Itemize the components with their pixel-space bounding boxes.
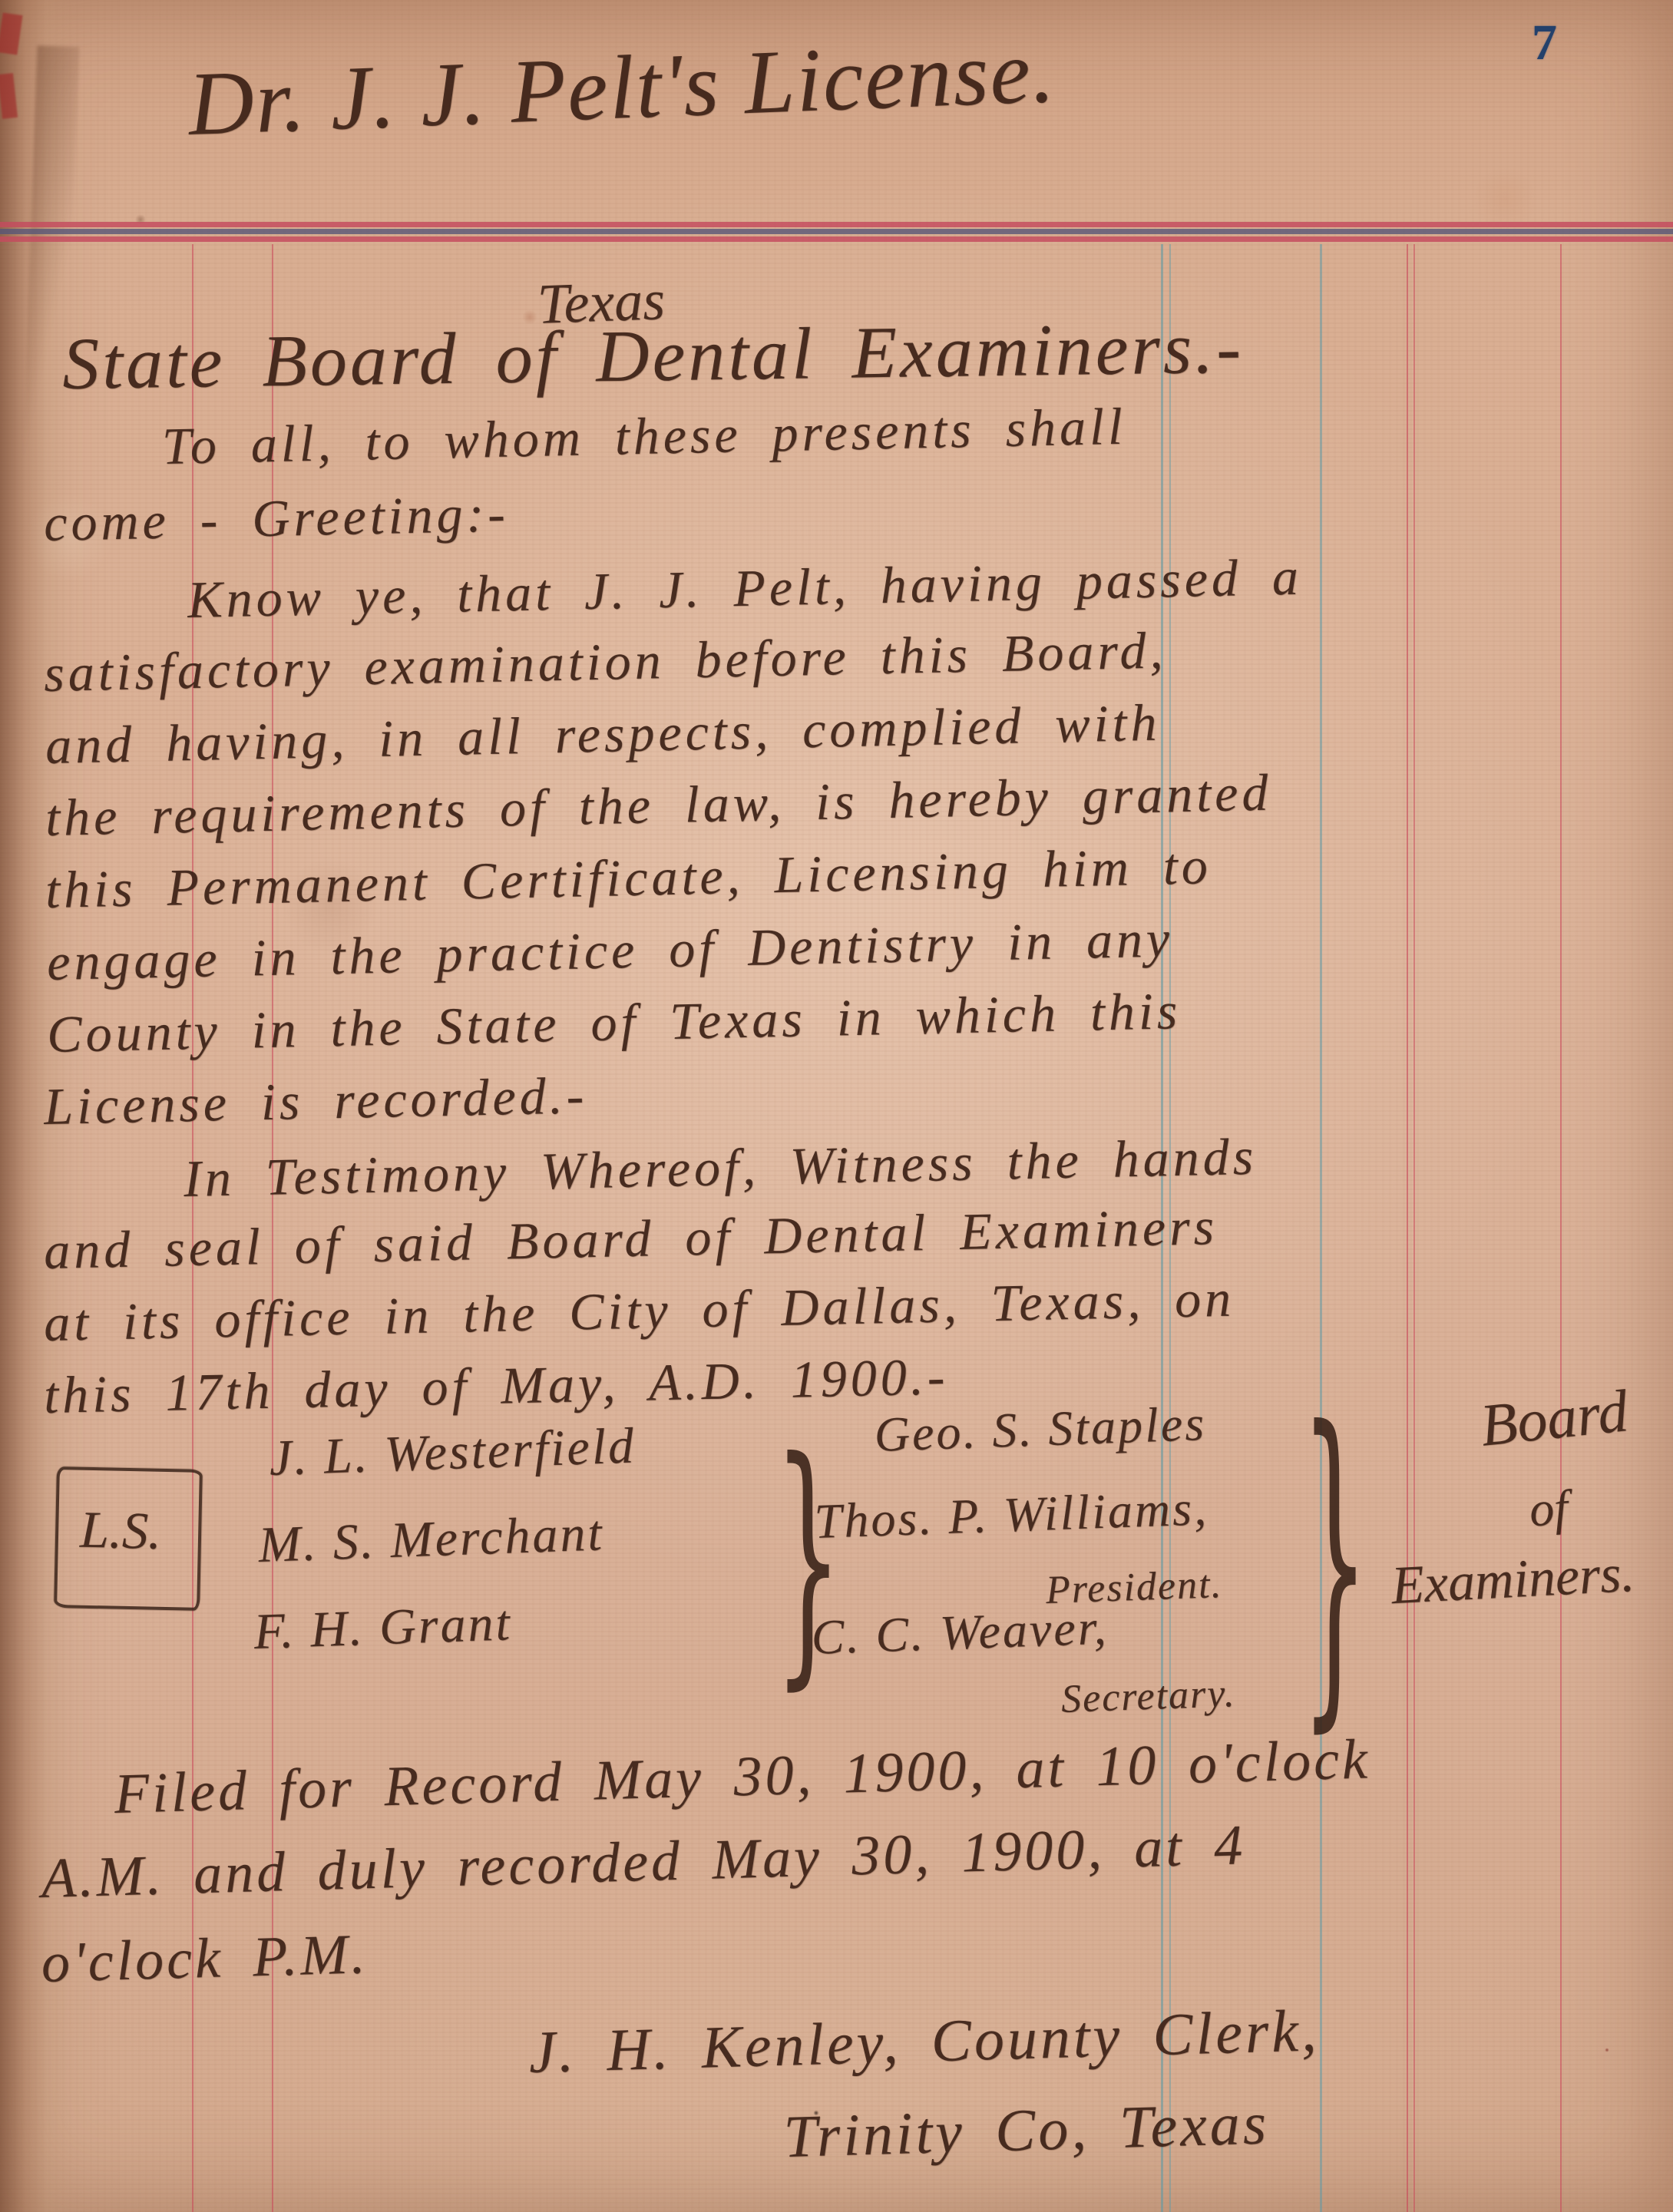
signature-name: F. H. Grant xyxy=(253,1594,513,1661)
ruled-line-red-right-1a xyxy=(1407,244,1408,2212)
seal-box: L.S. xyxy=(54,1466,203,1611)
certificate-line: In Testimony Whereof, Witness the hands xyxy=(183,1126,1257,1209)
certificate-line: come - Greeting:- xyxy=(43,483,509,554)
certificate-line: and having, in all respects, complied wi… xyxy=(45,693,1161,776)
clerk-county: Trinity Co, Texas xyxy=(782,2088,1270,2171)
filing-line: o'clock P.M. xyxy=(41,1922,369,1996)
document-title: Dr. J. J. Pelt's License. xyxy=(187,19,1058,157)
certificate-line: Know ye, that J. J. Pelt, having passed … xyxy=(187,547,1302,630)
signature-name: Geo. S. Staples xyxy=(873,1395,1207,1463)
header-rule-blue-center xyxy=(0,229,1673,234)
filing-line: Filed for Record May 30, 1900, at 10 o'c… xyxy=(114,1727,1371,1827)
ruled-line-red-right-2 xyxy=(1560,244,1562,2212)
issuer-heading: State Board of Dental Examiners.- xyxy=(61,305,1244,406)
certificate-line: at its office in the City of Dallas, Tex… xyxy=(43,1268,1235,1354)
org-label-line: Board xyxy=(1477,1376,1631,1460)
certificate-line: To all, to whom these presents shall xyxy=(161,396,1126,477)
signature-title: Secretary. xyxy=(1060,1671,1236,1722)
clerk-signature: J. H. Kenley, County Clerk, xyxy=(527,1995,1320,2087)
org-label-line: of xyxy=(1527,1479,1569,1538)
certificate-line: satisfactory examination before this Boa… xyxy=(43,620,1167,704)
signature-brace-right: } xyxy=(1301,1391,1369,1735)
certificate-line: County in the State of Texas in which th… xyxy=(46,980,1182,1065)
header-rule-red-top xyxy=(0,222,1673,227)
header-rule-red-bottom xyxy=(0,236,1673,242)
ledger-page: 7 Dr. J. J. Pelt's License. Texas State … xyxy=(0,0,1673,2212)
ruled-line-red-right-1b xyxy=(1413,244,1415,2212)
certificate-line: this Permanent Certificate, Licensing hi… xyxy=(45,835,1212,921)
filing-line: A.M. and duly recorded May 30, 1900, at … xyxy=(41,1813,1247,1912)
certificate-line: and seal of said Board of Dental Examine… xyxy=(43,1196,1218,1281)
signature-name: J. L. Westerfield xyxy=(268,1417,636,1488)
seal-label: L.S. xyxy=(79,1499,161,1562)
org-label-line: Examiners. xyxy=(1390,1543,1636,1617)
certificate-line: the requirements of the law, is hereby g… xyxy=(45,762,1272,848)
certificate-line: License is recorded.- xyxy=(43,1065,588,1137)
signature-name: M. S. Merchant xyxy=(257,1504,605,1575)
signature-name: C. C. Weaver, xyxy=(810,1599,1109,1666)
certificate-line: engage in the practice of Dentistry in a… xyxy=(46,908,1174,993)
ruled-line-blue-2 xyxy=(1320,244,1322,2212)
page-number: 7 xyxy=(1532,14,1557,72)
signature-name: Thos. P. Williams, xyxy=(813,1480,1209,1550)
